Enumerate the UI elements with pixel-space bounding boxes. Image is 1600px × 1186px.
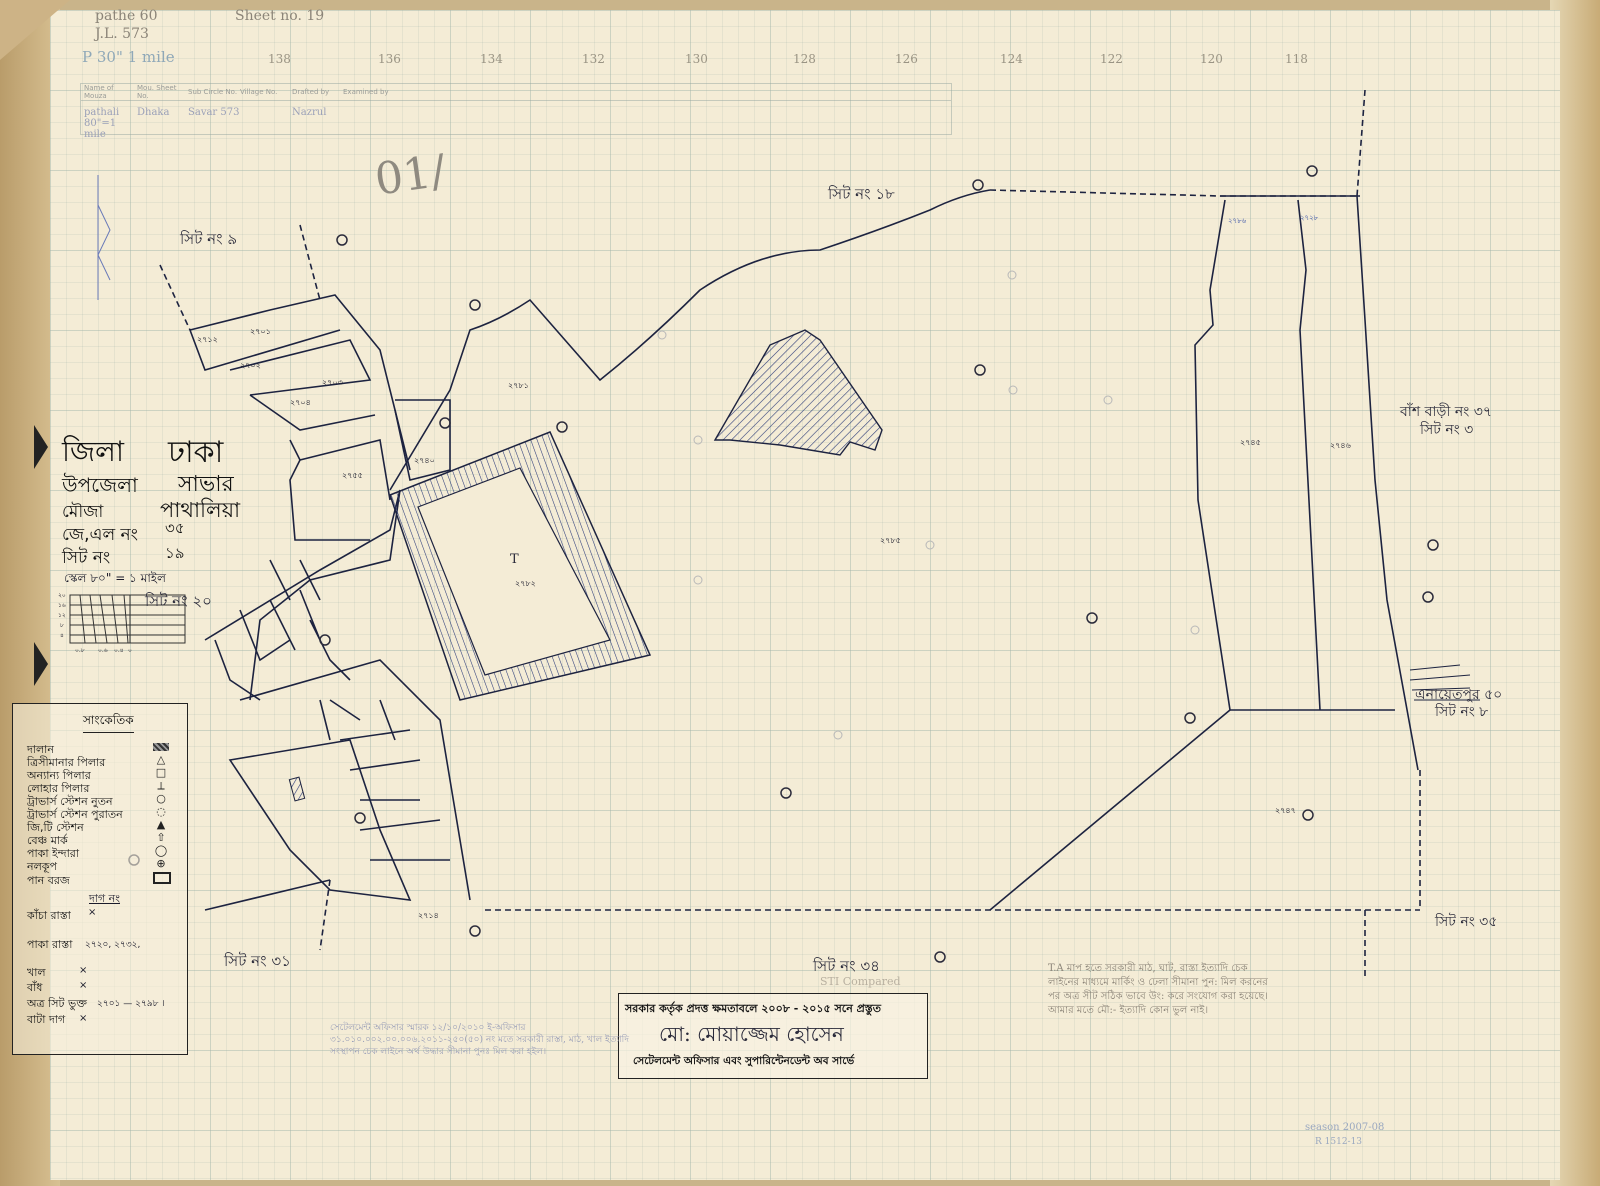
- plot-number: ২৭০২: [240, 360, 261, 373]
- plot-number: ২৭৮১: [508, 380, 529, 393]
- map-scale: স্কেল ৮০" = ১ মাইল: [64, 570, 166, 590]
- verification-note: T.A মাপ হতে সরকারী মাঠ, ঘাট, রাস্তা ইত্য…: [1048, 962, 1278, 1018]
- tank-marker: T: [510, 552, 519, 567]
- legend-title: সাংকেতিক: [83, 712, 134, 733]
- scale-tick: ০.৪: [114, 645, 124, 656]
- iron-pillar-icon: ⟂: [153, 779, 169, 793]
- plot-number: ২৭১২: [197, 334, 218, 347]
- plot-number: ২৭৮৫: [880, 535, 901, 548]
- scale-tick: ৪: [60, 630, 64, 641]
- adjacent-sheet-northwest: সিট নং ৯: [180, 228, 237, 253]
- jl-number-value: ৩৫: [165, 517, 185, 542]
- adjacent-sheet-southwest: সিট নং ৩১: [224, 950, 291, 975]
- certification-line: সরকার কর্তৃক প্রদত্ত ক্ষমতাবলে ২০০৮ - ২০…: [625, 1000, 881, 1019]
- bench-mark-icon: ⇧: [153, 831, 169, 844]
- legend-item-label: পান বরজ: [27, 872, 70, 891]
- plot-number: ২৭১৪: [418, 910, 439, 923]
- sheet-number-label: সিট নং: [62, 545, 110, 573]
- scale-tick: ০.৮: [75, 645, 85, 656]
- sheet-number-value: ১৯: [165, 542, 184, 567]
- sti-compared-note: STI Compared: [820, 975, 901, 988]
- adjacent-sheet-west: সিট নং ২০: [145, 590, 212, 615]
- map-legend: সাংকেতিক দালান ত্রিসীমানার পিলার △ অন্যা…: [12, 703, 188, 1055]
- traverse-station-old-icon: ◌: [153, 805, 169, 818]
- officer-signature: মো: মোয়াজ্জেম হোসেন: [659, 1020, 844, 1053]
- plot-number: ২৭২৮: [1300, 212, 1318, 224]
- adjacent-sheet-east-1: সিট নং ৩: [1420, 418, 1473, 442]
- adjacent-sheet-east-2: সিট নং ৮: [1435, 700, 1488, 724]
- sheet-edge-arrow-icon: [34, 642, 48, 686]
- pucca-well-icon: ◯: [153, 844, 169, 857]
- scale-tick: ০.৬: [98, 645, 108, 656]
- dag-item-label: পাকা রাস্তা: [27, 936, 72, 955]
- plot-number: ২৭৪৭: [1275, 805, 1296, 818]
- scale-tick: ০: [128, 645, 132, 656]
- plot-number: ২৭০৩: [322, 377, 343, 390]
- plot-number: ২৭৫৫: [342, 470, 363, 483]
- sheet-edge-arrow-icon: [34, 425, 48, 469]
- officer-designation: সেটেলমেন্ট অফিসার এবং সুপারিন্টেনডেন্ট অ…: [633, 1054, 854, 1071]
- plot-number: ২৭৪৫: [1240, 437, 1261, 450]
- betel-garden-icon: [153, 872, 171, 884]
- record-note: R 1512-13: [1315, 1137, 1362, 1147]
- district-label: জিলা: [62, 430, 124, 477]
- season-note: season 2007-08: [1305, 1122, 1384, 1133]
- plot-number: ২৭৮২: [515, 578, 536, 591]
- adjacent-sheet-north: সিট নং ১৮: [828, 183, 895, 208]
- settlement-note: সেটেলমেন্ট অফিসার স্মারক ১২/১০/২০১০ ই-অফ…: [330, 1022, 630, 1058]
- plot-number: ২৭৪৬: [1330, 440, 1351, 453]
- dag-item-value: ২৭০১ — ২৭৯৮ ।: [97, 996, 165, 1011]
- building-hatch-icon: [153, 743, 169, 751]
- plot-number: ২৭৪০: [414, 455, 435, 468]
- dag-item-label: বাটা দাগ: [27, 1011, 65, 1030]
- adjacent-sheet-southeast: সিট নং ৩৫: [1435, 910, 1497, 934]
- dag-item-value: ×: [88, 907, 96, 918]
- traverse-station-new-icon: ○: [153, 792, 169, 805]
- dag-item-label: কাঁচা রাস্তা: [27, 907, 71, 926]
- dag-item-value: ×: [79, 1013, 87, 1024]
- certification-stamp: সরকার কর্তৃক প্রদত্ত ক্ষমতাবলে ২০০৮ - ২০…: [618, 993, 928, 1079]
- dag-item-value: ×: [79, 980, 87, 991]
- dag-item-value: ×: [79, 965, 87, 976]
- tubewell-icon: ⊕: [153, 857, 169, 870]
- trijunction-pillar-icon: △: [153, 753, 169, 766]
- dag-item-value: ২৭২০, ২৭৩২,: [85, 937, 140, 952]
- plot-number: ২৭০৪: [290, 397, 311, 410]
- plot-number: ২৭০১: [250, 326, 271, 339]
- gt-station-icon: ▲: [153, 818, 169, 831]
- plot-number: ২৭৮৬: [1228, 215, 1246, 227]
- other-pillar-icon: □: [153, 766, 169, 779]
